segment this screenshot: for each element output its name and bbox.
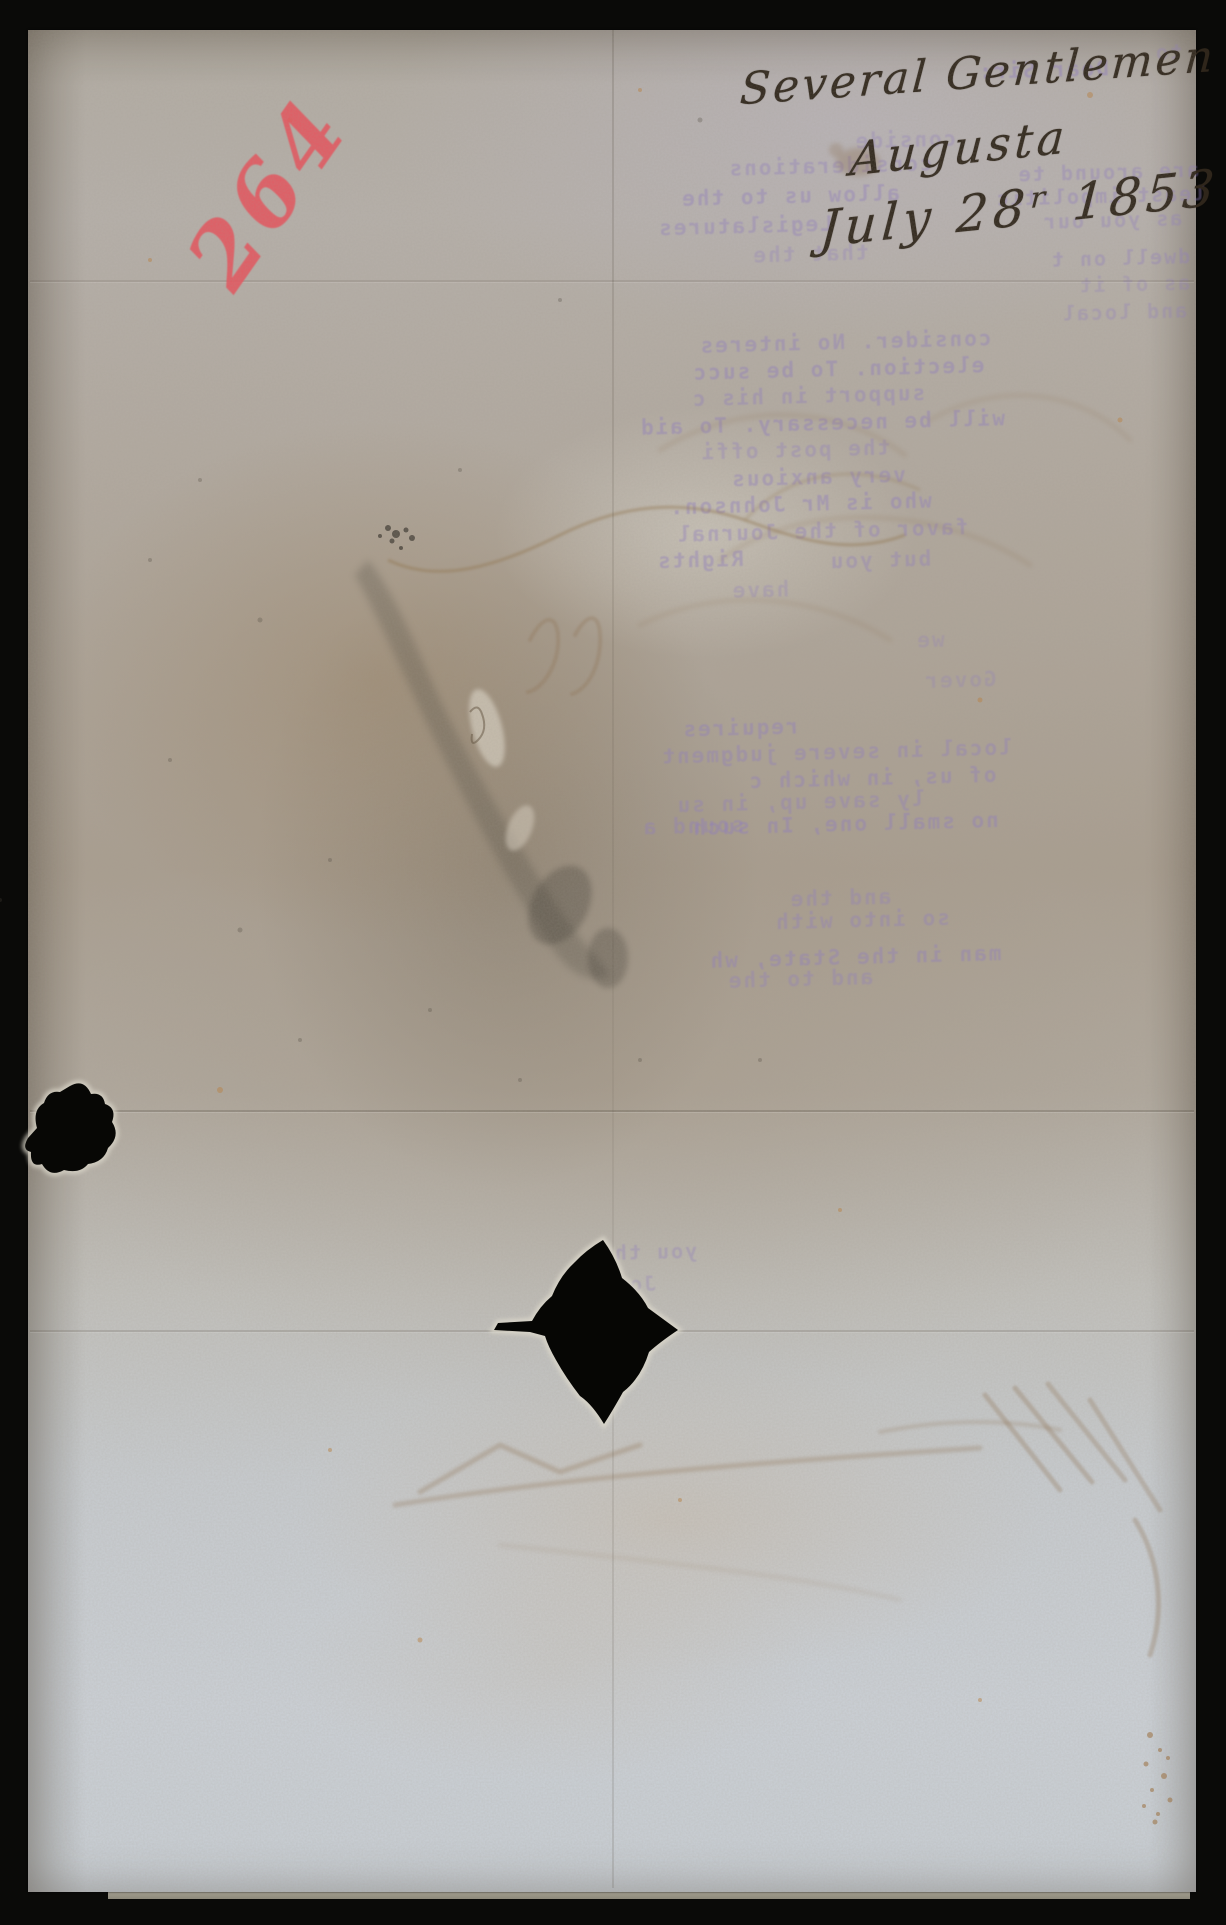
bleed-through-fragment: as of it (1078, 271, 1191, 298)
bleed-through-fragment: and to the (726, 965, 873, 993)
bleed-through-fragment: the post offi (700, 436, 891, 465)
bleed-through-fragment: dwell on t (1049, 244, 1190, 272)
fold-crease-top (30, 280, 1194, 282)
bleed-through-fragment: requires (681, 714, 799, 741)
bleed-through-fragment: Gover (923, 667, 997, 693)
bleed-through-fragment: election. To be succ (691, 353, 984, 385)
bleed-through-fragment: sound a (641, 813, 744, 840)
bleed-through-fragment: Jou (614, 1271, 657, 1296)
bleed-through-fragment: consider. No interes (698, 326, 991, 358)
fold-crease-vertical (612, 30, 614, 1888)
bleed-through-fragment: we (915, 628, 945, 653)
fold-crease-middle (30, 1110, 1194, 1112)
bleed-through-fragment: Rights (656, 547, 744, 573)
bleed-through-fragment: have (730, 577, 789, 603)
bleed-through-fragment: very anxious (730, 463, 906, 492)
bleed-through-fragment: but you (828, 547, 931, 574)
bleed-through-fragment: will be necessary. To aid (639, 406, 1006, 440)
bleed-through-fragment: who is Mr Johnson. (668, 489, 932, 520)
bleed-through-fragment: favor of the Journal (675, 515, 968, 547)
scan-background: Dear Sir:toconsideconsiderationsallow us… (0, 0, 1226, 1925)
bleed-through-fragment: support in his c (691, 381, 926, 411)
bleed-through-fragment: Legislatures (657, 212, 833, 241)
bleed-through-fragment: and local (1061, 298, 1188, 325)
fold-crease-lower (30, 1330, 1194, 1332)
bleed-through-fragment: so into with (774, 906, 950, 935)
